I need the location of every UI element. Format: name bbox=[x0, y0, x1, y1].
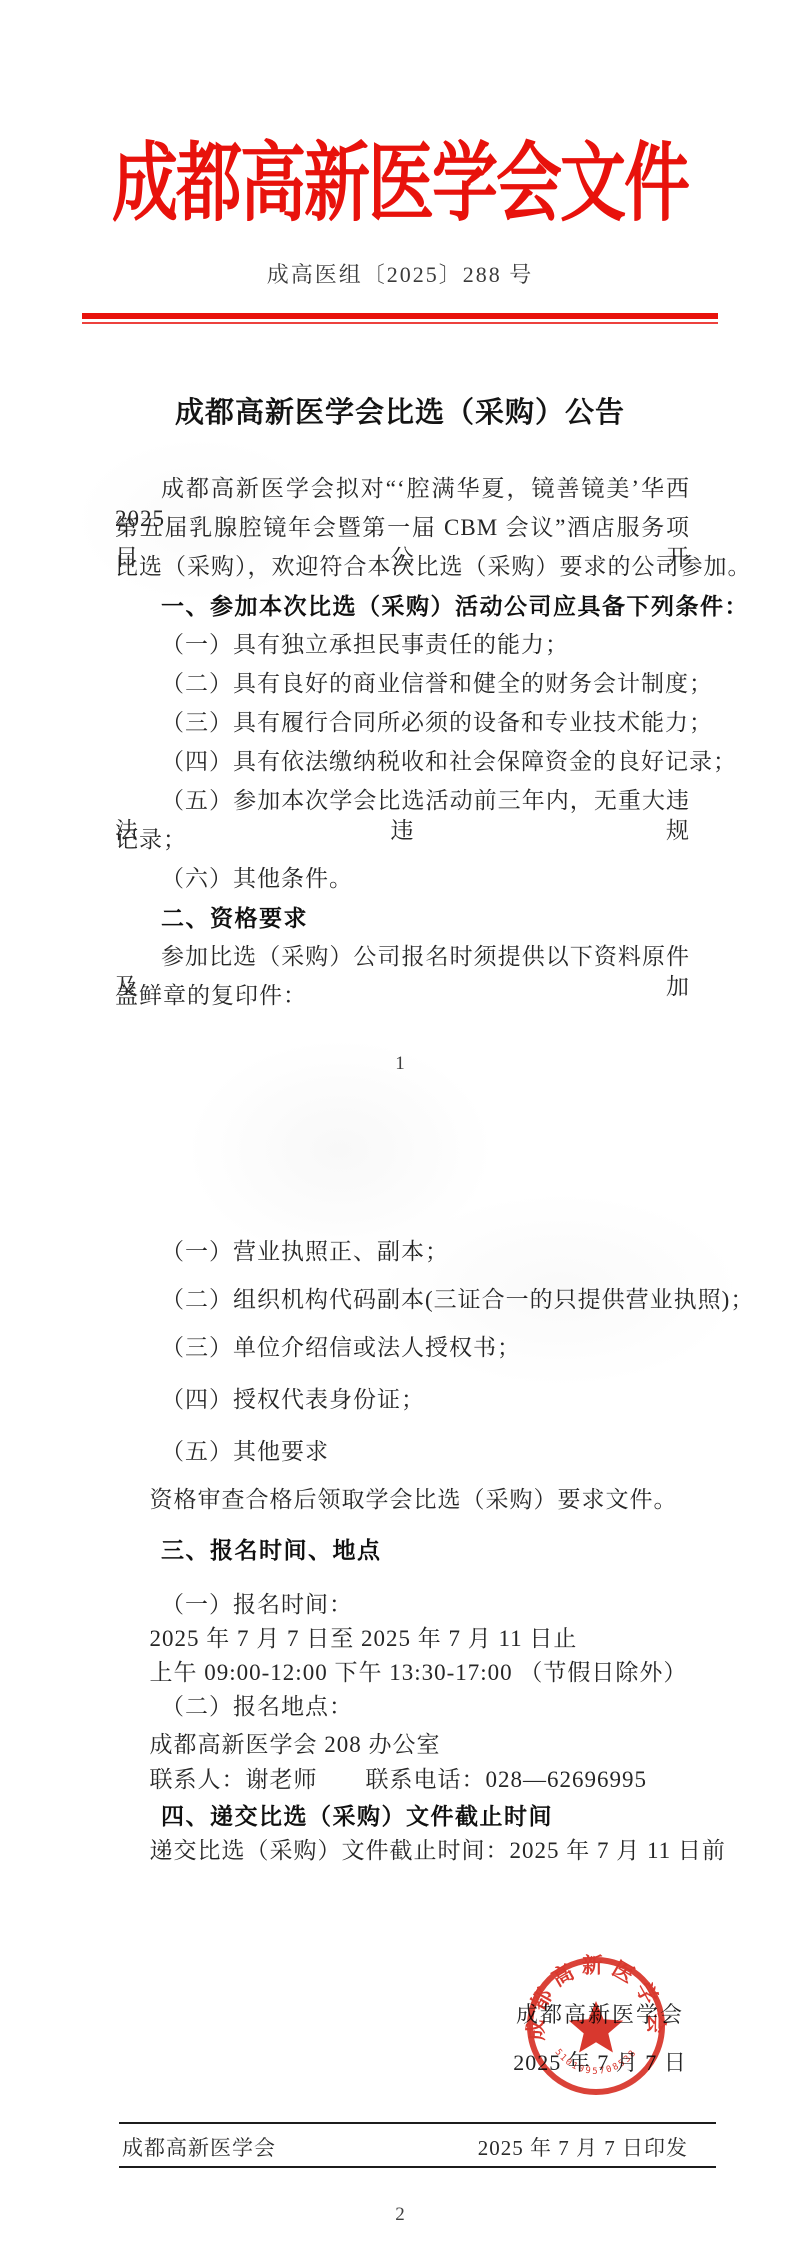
document-line: （二）组织机构代码副本(三证合一的只提供营业执照)； bbox=[115, 1285, 690, 1315]
scan-artifacts bbox=[0, 0, 800, 2260]
seal-star-icon bbox=[569, 2001, 623, 2053]
document-line: （一）营业执照正、副本； bbox=[115, 1237, 690, 1267]
page2-number: 2 bbox=[0, 2204, 800, 2226]
footer-rule-bottom bbox=[119, 2166, 716, 2168]
document-line: 比选（采购），欢迎符合本次比选（采购）要求的公司参加。 bbox=[115, 552, 690, 582]
document-line: 联系人：谢老师 联系电话：028—62696995 bbox=[115, 1765, 690, 1795]
official-seal-stamp: 成都高新医学会 5101095708538 bbox=[524, 1954, 668, 2098]
document-line: （二）报名地点： bbox=[115, 1692, 690, 1722]
document-line: （二）具有良好的商业信誉和健全的财务会计制度； bbox=[115, 669, 690, 699]
document-line: （四）授权代表身份证； bbox=[115, 1385, 690, 1415]
svg-text:5101095708538: 5101095708538 bbox=[553, 2047, 640, 2076]
document-line: 记录； bbox=[115, 825, 690, 855]
footer-rule-top bbox=[119, 2122, 716, 2124]
document-line: （六）其他条件。 bbox=[115, 864, 690, 894]
document-line: （一）报名时间： bbox=[115, 1590, 690, 1620]
document-line: 三、报名时间、地点 bbox=[115, 1535, 690, 1565]
letterhead-org-title: 成都高新医学会文件 bbox=[0, 124, 800, 246]
document-line: （五）其他要求 bbox=[115, 1437, 690, 1467]
document-number: 成高医组〔2025〕288 号 bbox=[0, 258, 800, 289]
seal-graphic: 成都高新医学会 5101095708538 bbox=[524, 1954, 668, 2098]
document-line: 资格审查合格后领取学会比选（采购）要求文件。 bbox=[115, 1485, 690, 1515]
document-page: 成都高新医学会文件 成高医组〔2025〕288 号 成都高新医学会比选（采购）公… bbox=[0, 0, 800, 2260]
document-line: 四、递交比选（采购）文件截止时间 bbox=[115, 1801, 690, 1831]
seal-serial-number: 5101095708538 bbox=[553, 2047, 640, 2076]
document-line: 成都高新医学会 208 办公室 bbox=[115, 1730, 690, 1760]
footer-org: 成都高新医学会 bbox=[122, 2132, 276, 2162]
document-line: （三）具有履行合同所必须的设备和专业技术能力； bbox=[115, 708, 690, 738]
document-line: （三）单位介绍信或法人授权书； bbox=[115, 1333, 690, 1363]
page1-number: 1 bbox=[0, 1053, 800, 1075]
document-line: 2025 年 7 月 7 日至 2025 年 7 月 11 日止 bbox=[115, 1624, 690, 1654]
red-separator-line-thin bbox=[82, 322, 718, 324]
document-line: 二、资格要求 bbox=[115, 903, 690, 933]
notice-title: 成都高新医学会比选（采购）公告 bbox=[0, 390, 800, 431]
document-line: （四）具有依法缴纳税收和社会保障资金的良好记录； bbox=[115, 747, 690, 777]
document-line: 上午 09:00-12:00 下午 13:30-17:00 （节假日除外） bbox=[115, 1658, 690, 1688]
document-line: 递交比选（采购）文件截止时间：2025 年 7 月 11 日前 bbox=[115, 1836, 690, 1866]
document-line: 盖鲜章的复印件： bbox=[115, 981, 690, 1011]
document-line: （一）具有独立承担民事责任的能力； bbox=[115, 630, 690, 660]
red-separator-line bbox=[82, 313, 718, 319]
footer-print-date: 2025 年 7 月 7 日印发 bbox=[478, 2132, 688, 2162]
document-line: 一、参加本次比选（采购）活动公司应具备下列条件： bbox=[115, 591, 690, 621]
